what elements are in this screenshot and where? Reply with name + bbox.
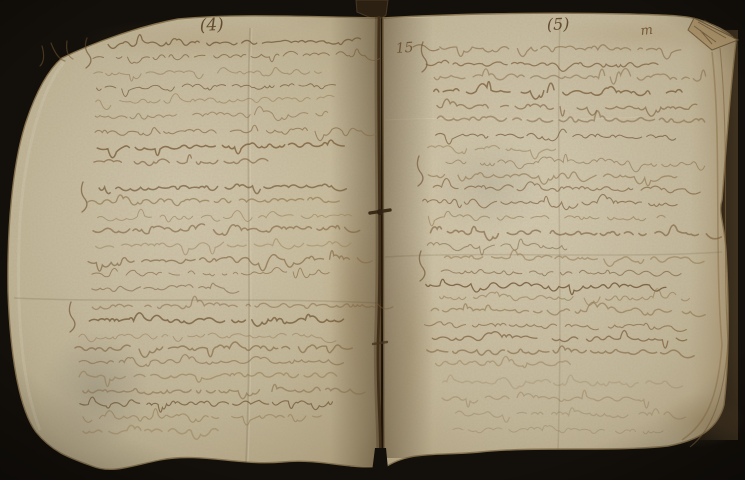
manuscript-photo: (4) (5) m 15 — [0, 0, 745, 480]
book-scan-svg: (4) (5) m 15 — [0, 0, 745, 480]
photo-vignette — [0, 0, 745, 480]
